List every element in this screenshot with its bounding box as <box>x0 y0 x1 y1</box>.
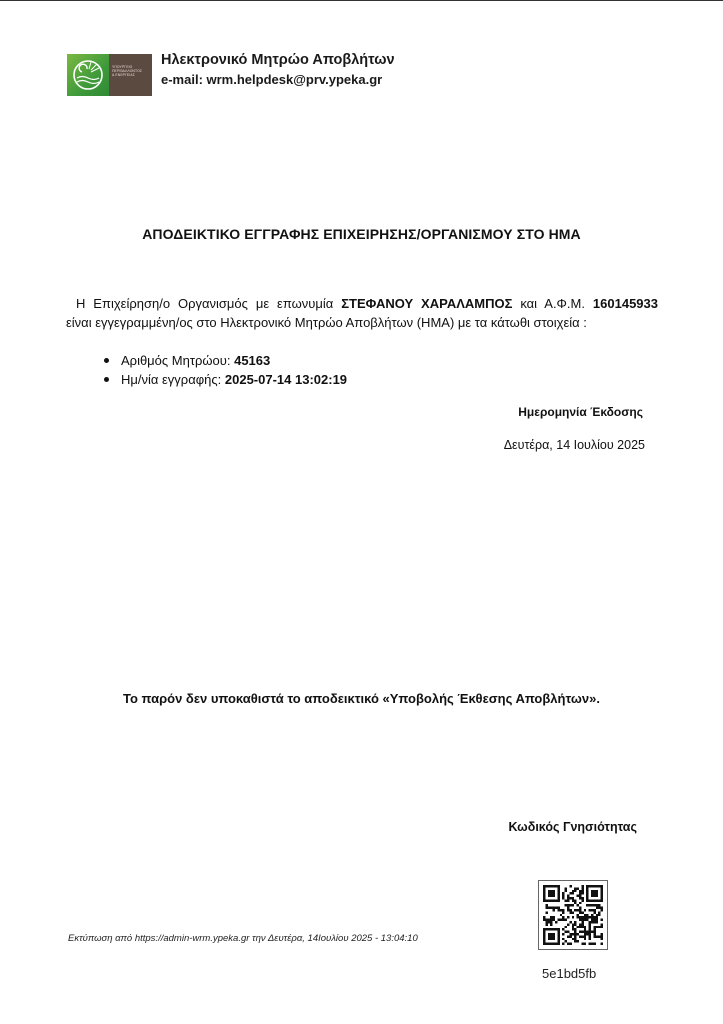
notice-text: Το παρόν δεν υποκαθιστά το αποδεικτικό «… <box>0 691 723 706</box>
registration-date-value: 2025-07-14 13:02:19 <box>225 372 347 387</box>
registration-details: Αριθμός Μητρώου: 45163 Ημ/νία εγγραφής: … <box>104 351 347 389</box>
registry-number-value: 45163 <box>234 353 270 368</box>
registry-number-item: Αριθμός Μητρώου: 45163 <box>104 351 347 370</box>
ministry-emblem-icon <box>67 54 109 96</box>
qr-code-icon <box>538 880 608 950</box>
document-title: ΑΠΟΔΕΙΚΤΙΚΟ ΕΓΓΡΑΦΗΣ ΕΠΙΧΕΙΡΗΣΗΣ/ΟΡΓΑΝΙΣ… <box>0 226 723 242</box>
intro-prefix: Η Επιχείρηση/ο Οργανισμός με επωνυμία <box>76 296 341 311</box>
registration-date-label: Ημ/νία εγγραφής: <box>121 372 225 387</box>
intro-line-2: είναι εγγεγραμμένη/ος στο Ηλεκτρονικό Μη… <box>66 313 658 332</box>
authenticity-code: 5e1bd5fb <box>542 966 596 981</box>
authenticity-label: Κωδικός Γνησιότητας <box>508 820 637 834</box>
logo-line-3: & ΕΝΕΡΓΕΙΑΣ <box>112 73 152 77</box>
registration-date-item: Ημ/νία εγγραφής: 2025-07-14 13:02:19 <box>104 370 347 389</box>
company-name: ΣΤΕΦΑΝΟΥ ΧΑΡΑΛΑΜΠΟΣ <box>341 296 512 311</box>
issue-date-label: Ημερομηνία Έκδοσης <box>518 405 643 419</box>
issue-date: Δευτέρα, 14 Ιουλίου 2025 <box>504 438 645 452</box>
intro-paragraph: Η Επιχείρηση/ο Οργανισμός με επωνυμία ΣΤ… <box>66 294 658 332</box>
ministry-name-text: ΥΠΟΥΡΓΕΙΟ ΠΕΡΙΒΑΛΛΟΝΤΟΣ & ΕΝΕΡΓΕΙΑΣ <box>109 54 152 96</box>
registry-number-label: Αριθμός Μητρώου: <box>121 353 234 368</box>
intro-line-1: Η Επιχείρηση/ο Οργανισμός με επωνυμία ΣΤ… <box>66 294 658 313</box>
intro-middle: και Α.Φ.Μ. <box>512 296 593 311</box>
afm-number: 160145933 <box>593 296 658 311</box>
ministry-logo: ΥΠΟΥΡΓΕΙΟ ΠΕΡΙΒΑΛΛΟΝΤΟΣ & ΕΝΕΡΓΕΙΑΣ <box>67 54 152 96</box>
helpdesk-email: e-mail: wrm.helpdesk@prv.ypeka.gr <box>161 72 382 87</box>
print-footer: Εκτύπωση από https://admin-wrm.ypeka.gr … <box>68 933 418 944</box>
registry-title: Ηλεκτρονικό Μητρώο Αποβλήτων <box>161 52 395 68</box>
